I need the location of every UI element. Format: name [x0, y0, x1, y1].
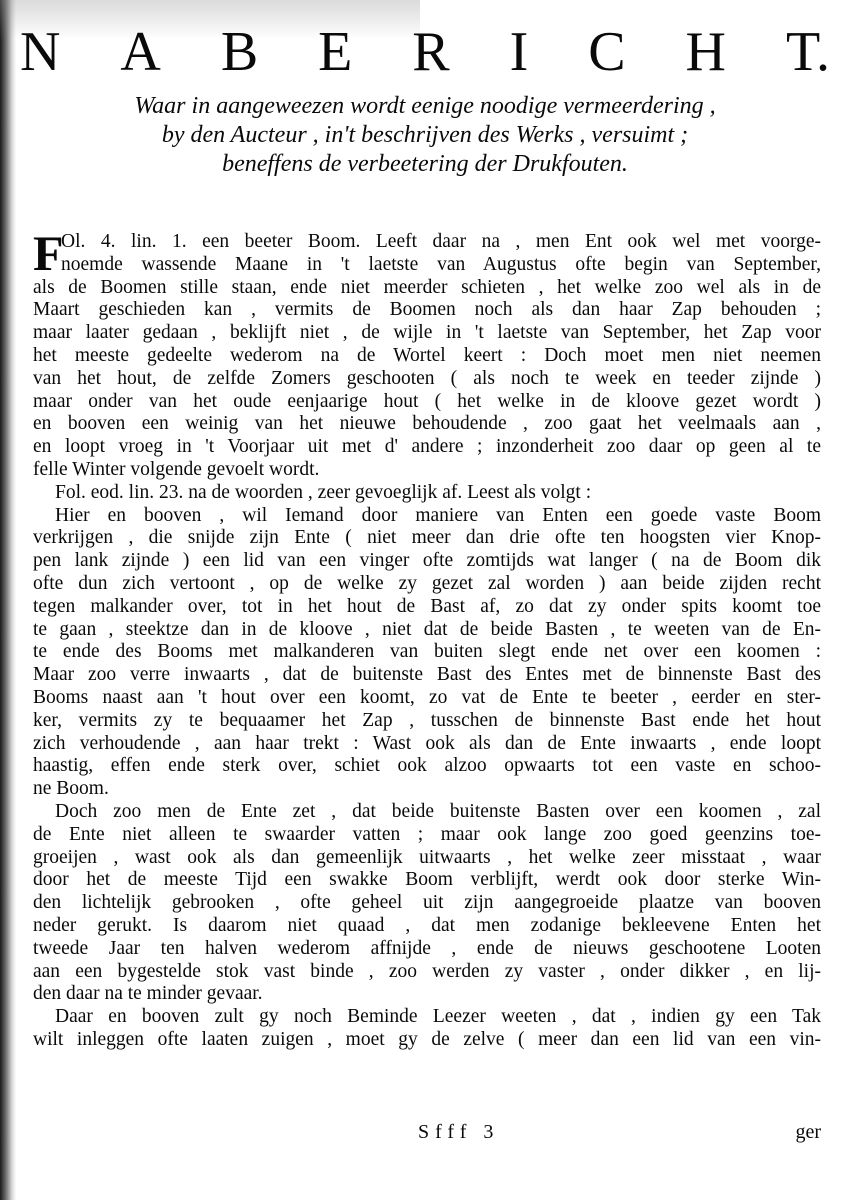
title-letter: H — [686, 22, 726, 82]
text-line: haastig, effen ende sterk over, schiet o… — [33, 755, 821, 778]
text-line: ofte dun zich vertoont , op de welke zy … — [33, 573, 821, 596]
title-letter: R — [412, 22, 449, 82]
page-binding-shadow — [0, 0, 16, 1200]
title-letter: I — [510, 22, 529, 82]
text-line: Maar zoo verre inwaarts , dat de buitens… — [33, 664, 821, 687]
text-line: maar laater gedaan , beklijft niet , de … — [33, 322, 821, 345]
catchword: ger — [795, 1121, 821, 1144]
text-line: van het hout, de zelfde Zomers geschoote… — [33, 368, 821, 391]
title-letter: B — [221, 22, 258, 82]
subtitle-line: Waar in aangeweezen wordt eenige noodige… — [30, 92, 820, 121]
subtitle-line: by den Aucteur , in't beschrijven des We… — [30, 121, 820, 150]
title-letter: N — [20, 22, 60, 82]
title-letter: E — [318, 22, 352, 82]
page-subtitle: Waar in aangeweezen wordt eenige noodige… — [30, 92, 820, 179]
text-line: Hier en booven , wil Iemand door maniere… — [33, 505, 821, 528]
text-line: neder gerukt. Is daarom niet quaad , dat… — [33, 915, 821, 938]
title-letter: C — [588, 22, 625, 82]
page-footer: Sfff 3 ger — [33, 1121, 821, 1147]
text-line: de Ente niet alleen te swaarder vatten ;… — [33, 824, 821, 847]
title-letter: A — [120, 22, 160, 82]
text-line: Maart geschieden kan , vermits de Boomen… — [33, 299, 821, 322]
text-line: Doch zoo men de Ente zet , dat beide bui… — [33, 801, 821, 824]
text-line: noemde wassende Maane in 't laetste van … — [33, 254, 821, 277]
text-line: verkrijgen , die snijde zijn Ente ( niet… — [33, 527, 821, 550]
text-line: te gaan , steektze dan in de kloove , ni… — [33, 619, 821, 642]
text-line: Daar en booven zult gy noch Beminde Leez… — [33, 1006, 821, 1029]
text-line: aan een bygestelde stok vast binde , zoo… — [33, 961, 821, 984]
text-line: Booms naast aan 't hout over een koomt, … — [33, 687, 821, 710]
text-line: Ol. 4. lin. 1. een beeter Boom. Leeft da… — [33, 231, 821, 254]
text-line: tegen malkander over, tot in het hout de… — [33, 596, 821, 619]
text-line: felle Winter volgende gevoelt wordt. — [33, 459, 821, 482]
signature-mark: Sfff 3 — [418, 1121, 499, 1144]
text-line: den daar na te minder gevaar. — [33, 983, 821, 1006]
text-line: te ende des Booms met malkanderen van bu… — [33, 641, 821, 664]
text-line: zich verhoudende , aan haar trekt : Wast… — [33, 733, 821, 756]
text-line: en loopt vroeg in 't Voorjaar uit met d'… — [33, 436, 821, 459]
text-line: pen lank zijnde ) een lid van een vinger… — [33, 550, 821, 573]
subtitle-line: beneffens de verbeetering der Drukfouten… — [30, 150, 820, 179]
text-line: en booven een weinig van het nieuwe beho… — [33, 413, 821, 436]
text-line: ne Boom. — [33, 778, 821, 801]
text-line: Fol. eod. lin. 23. na de woorden , zeer … — [33, 482, 821, 505]
text-line: het meeste gedeelte wederom na de Wortel… — [33, 345, 821, 368]
body-text: Ol. 4. lin. 1. een beeter Boom. Leeft da… — [33, 231, 821, 1052]
text-line: door het de meeste Tijd een swakke Boom … — [33, 869, 821, 892]
text-line: maar onder van het oude eenjaarige hout … — [33, 391, 821, 414]
title-letter: T. — [786, 22, 830, 82]
text-line: tweede Jaar ten halven wederom affnijde … — [33, 938, 821, 961]
text-line: als de Boomen stille staan, ende niet me… — [33, 277, 821, 300]
text-line: ker, vermits zy te bequaamer het Zap , t… — [33, 710, 821, 733]
text-line: wilt inleggen ofte laaten zuigen , moet … — [33, 1029, 821, 1052]
text-line: den lichtelijk gebrooken , ofte geheel u… — [33, 892, 821, 915]
page-title: N A B E R I C H T. — [20, 22, 830, 82]
text-line: groeijen , wast ook als dan gemeenlijk u… — [33, 847, 821, 870]
